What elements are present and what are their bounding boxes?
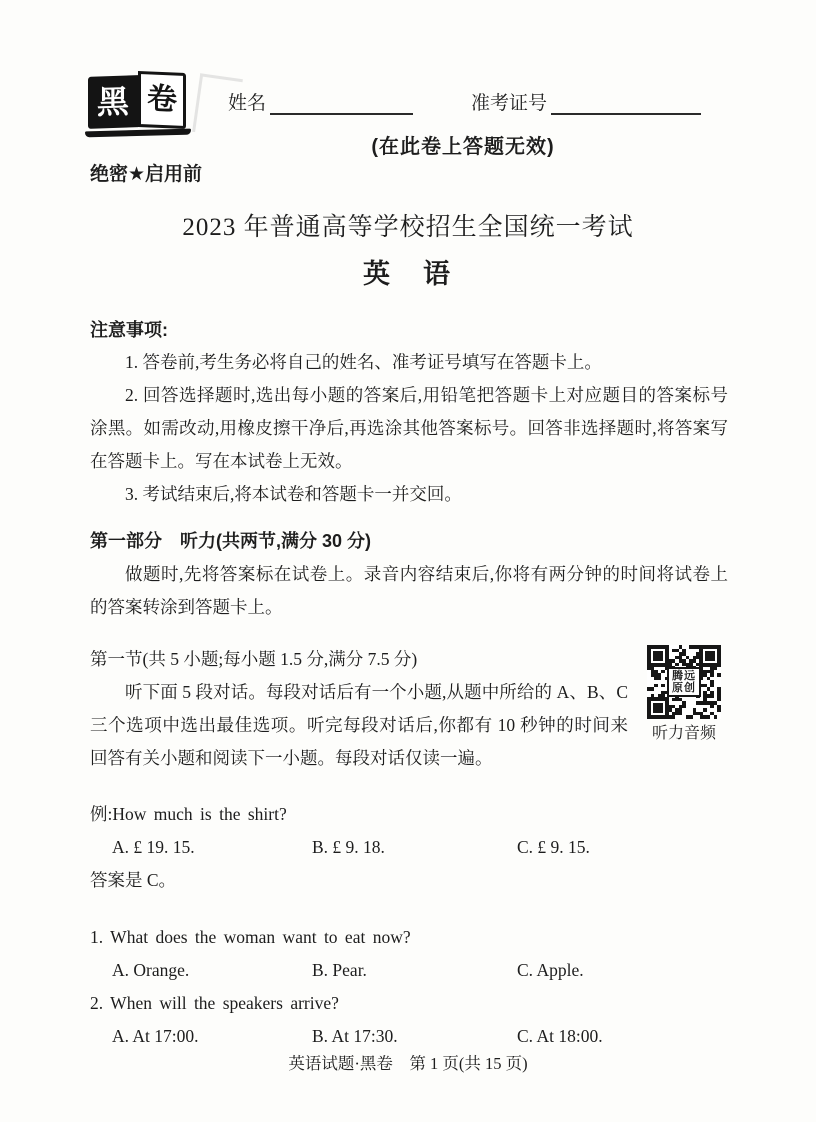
heijuan-book-logo: 黑 卷 — [88, 64, 192, 142]
question-2-option-a: A. At 17:00. — [112, 1020, 312, 1053]
qr-brand-line1: 腾远 — [672, 670, 696, 682]
question-1-option-a: A. Orange. — [112, 954, 312, 987]
qr-finder-topleft-icon — [647, 645, 669, 667]
example-option-b: B. £ 9. 18. — [312, 831, 517, 864]
part1-heading: 第一部分 听力(共两节,满分 30 分) — [90, 524, 728, 558]
question-2-option-b: B. At 17:30. — [312, 1020, 517, 1053]
example-options-row: A. £ 19. 15. B. £ 9. 18. C. £ 9. 15. — [90, 831, 728, 864]
question-2-text: 2. When will the speakers arrive? — [90, 987, 728, 1020]
subject-title: 英 语 — [0, 257, 816, 291]
listening-audio-qr-block: 腾远 原创 听力音频 — [640, 645, 728, 744]
exam-paper-page: 黑 卷 姓名准考证号 (在此卷上答题无效) 绝密★启用前 2023 年普通高等学… — [0, 0, 816, 1122]
notice-heading: 注意事项: — [90, 314, 728, 346]
qr-caption: 听力音频 — [640, 724, 728, 744]
question-1-option-c: C. Apple. — [517, 954, 728, 987]
section1-block: 腾远 原创 听力音频 第一节(共 5 小题;每小题 1.5 分,满分 7.5 分… — [90, 643, 728, 775]
admission-id-label: 准考证号 — [471, 93, 547, 114]
notice-item-2: 2. 回答选择题时,选出每小题的答案后,用铅笔把答题卡上对应题目的答案标号涂黑。… — [90, 379, 728, 478]
page-footer: 英语试题·黑卷 第 1 页(共 15 页) — [0, 1050, 816, 1074]
example-answer-note: 答案是 C。 — [90, 864, 728, 897]
section1-heading: 第一节(共 5 小题;每小题 1.5 分,满分 7.5 分) — [90, 643, 728, 676]
question-1-options-row: A. Orange. B. Pear. C. Apple. — [90, 954, 728, 987]
logo-right-page-char: 卷 — [138, 71, 186, 129]
question-2-options-row: A. At 17:00. B. At 17:30. C. At 18:00. — [90, 1020, 728, 1053]
invalid-answer-notice: (在此卷上答题无效) — [228, 134, 698, 160]
secret-before-use-notice: 绝密★启用前 — [90, 163, 202, 187]
example-option-a: A. £ 19. 15. — [112, 831, 312, 864]
admission-id-blank-line — [551, 94, 701, 115]
example-question-text: How much is the shirt? — [112, 804, 286, 824]
notice-item-1: 1. 答卷前,考生务必将自己的姓名、准考证号填写在答题卡上。 — [90, 346, 728, 379]
section1-intro: 听下面 5 段对话。每段对话后有一个小题,从题中所给的 A、B、C 三个选项中选… — [90, 676, 728, 775]
qr-finder-topright-icon — [699, 645, 721, 667]
question-2-option-c: C. At 18:00. — [517, 1020, 728, 1053]
example-prefix: 例: — [90, 804, 112, 824]
questions-block: 1. What does the woman want to eat now? … — [90, 921, 728, 1053]
qr-brand-line2: 原创 — [672, 682, 696, 694]
example-question-line: 例:How much is the shirt? — [90, 798, 728, 831]
name-label: 姓名 — [228, 93, 266, 114]
candidate-fields-row: 姓名准考证号 — [228, 88, 708, 115]
example-question-block: 例:How much is the shirt? A. £ 19. 15. B.… — [90, 798, 728, 897]
exam-title: 2023 年普通高等学校招生全国统一考试 — [0, 207, 816, 243]
notice-item-3: 3. 考试结束后,将本试卷和答题卡一并交回。 — [90, 478, 728, 511]
qr-finder-bottomleft-icon — [647, 697, 669, 719]
paper-body: 注意事项: 1. 答卷前,考生务必将自己的姓名、准考证号填写在答题卡上。 2. … — [90, 314, 728, 1053]
part1-intro: 做题时,先将答案标在试卷上。录音内容结束后,你将有两分钟的时间将试卷上的答案转涂… — [90, 558, 728, 624]
qr-code: 腾远 原创 — [647, 645, 721, 719]
example-option-c: C. £ 9. 15. — [517, 831, 728, 864]
question-1-option-b: B. Pear. — [312, 954, 517, 987]
qr-center-brand: 腾远 原创 — [667, 667, 701, 697]
name-blank-line — [270, 94, 413, 115]
question-1-text: 1. What does the woman want to eat now? — [90, 921, 728, 954]
logo-left-page-char: 黑 — [88, 75, 138, 129]
